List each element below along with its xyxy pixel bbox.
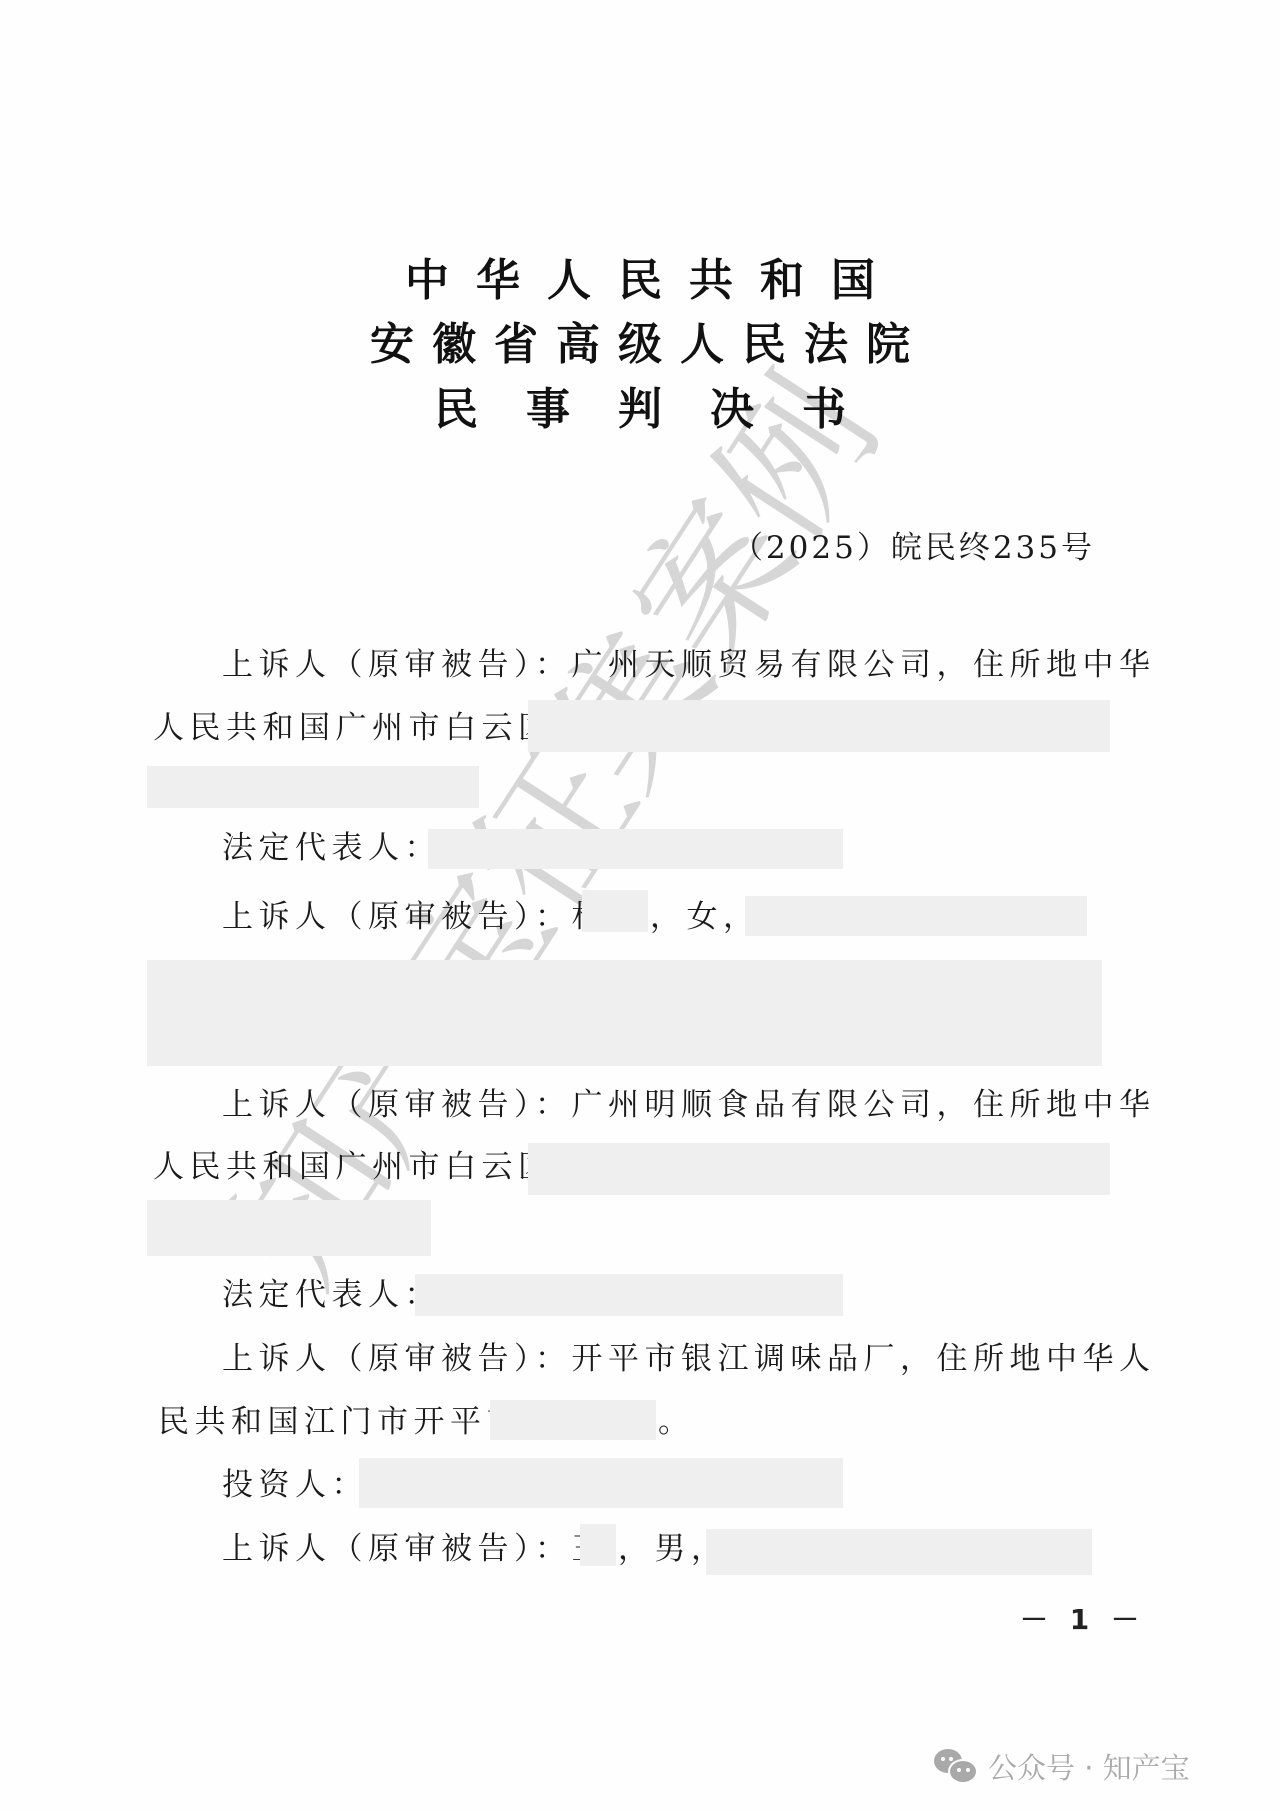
redaction-block — [580, 1524, 616, 1566]
party3-line2: 人民共和国广州市白云区 — [153, 1152, 555, 1183]
investor: 投资人： — [222, 1470, 368, 1501]
redaction-block — [528, 700, 1110, 752]
title-doc-type: 民事判决书 — [0, 388, 1280, 432]
party2-suffix: ，女， — [650, 902, 760, 933]
account-attribution: 公众号 · 知产宝 — [934, 1746, 1190, 1787]
party4-line2: 民共和国江门市开平市 — [158, 1407, 523, 1438]
redaction-block — [147, 766, 479, 808]
redaction-block — [147, 1200, 431, 1256]
redaction-block — [359, 1458, 843, 1508]
page-number: － 1 － — [1020, 1598, 1145, 1638]
party2-prefix: 上诉人（原审被告）：林 — [222, 902, 608, 933]
redaction-block — [490, 1400, 656, 1440]
party1-line1: 上诉人（原审被告）：广州天顺贸易有限公司，住所地中华 — [222, 650, 1156, 681]
redaction-block — [415, 1274, 843, 1316]
legal-rep-2: 法定代表人： — [222, 1280, 441, 1311]
redaction-block — [147, 960, 1102, 1066]
party4-line1: 上诉人（原审被告）：开平市银江调味品厂，住所地中华人 — [222, 1344, 1156, 1375]
redaction-block — [745, 896, 1087, 936]
redaction-block — [706, 1529, 1092, 1575]
redaction-block — [582, 890, 648, 932]
redaction-block — [528, 1143, 1110, 1195]
account-label: 公众号 · 知产宝 — [988, 1746, 1190, 1787]
party1-line2: 人民共和国广州市白云区 — [153, 713, 555, 744]
legal-rep-1: 法定代表人： — [222, 833, 441, 864]
redaction-block — [428, 829, 843, 869]
party3-line1: 上诉人（原审被告）：广州明顺食品有限公司，住所地中华 — [222, 1090, 1156, 1121]
wechat-icon — [934, 1749, 978, 1785]
party5-prefix: 上诉人（原审被告）：王 — [222, 1534, 608, 1565]
title-country: 中华人民共和国 — [0, 259, 1280, 303]
title-court: 安徽省高级人民法院 — [0, 323, 1280, 367]
party4-end: 。 — [658, 1407, 695, 1438]
judgment-page: 知产宝征集案例 中华人民共和国 安徽省高级人民法院 民事判决书 （2025）皖民… — [0, 0, 1280, 1811]
case-number: （2025）皖民终235号 — [732, 522, 1095, 567]
